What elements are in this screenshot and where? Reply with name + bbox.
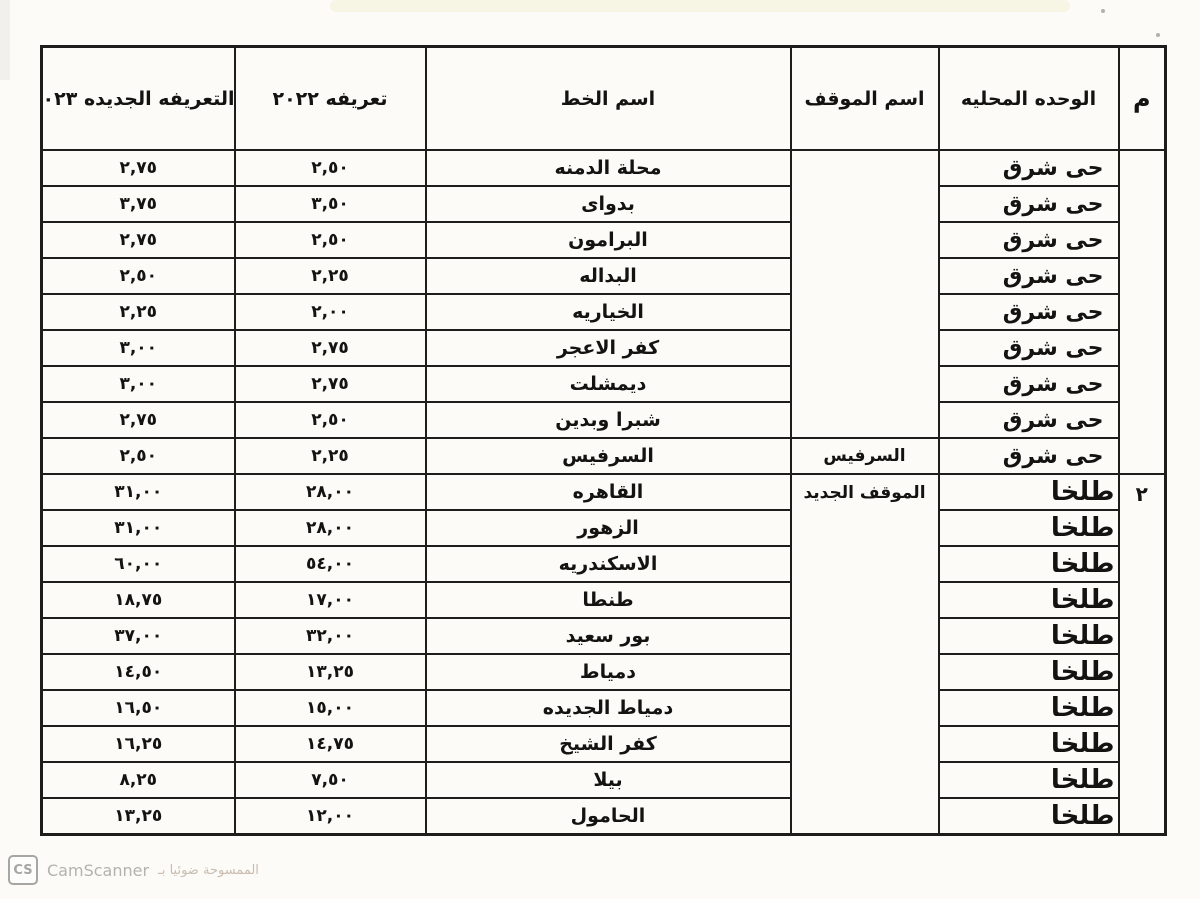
tariff-2023-cell: ٢,٥٠	[42, 438, 235, 474]
tariff-2023-cell: ٣,٠٠	[42, 330, 235, 366]
tariff-2023-cell: ١٤,٥٠	[42, 654, 235, 690]
table-row: ٢ طلخا الموقف الجديد القاهره ٢٨,٠٠ ٣١,٠٠	[42, 474, 1166, 510]
unit-cell: حى شرق	[939, 186, 1119, 222]
tariff-2022-cell: ٢,٠٠	[235, 294, 426, 330]
table-row: طلخا كفر الشيخ ١٤,٧٥ ١٦,٢٥	[42, 726, 1166, 762]
tariff-2022-cell: ٢,٧٥	[235, 366, 426, 402]
line-name-cell: دمياط الجديده	[426, 690, 791, 726]
stop-group-2: الموقف الجديد	[791, 474, 939, 834]
tariff-2023-cell: ٢,٥٠	[42, 258, 235, 294]
tariff-2022-cell: ٢,٧٥	[235, 330, 426, 366]
table-row: حى شرق كفر الاعجر ٢,٧٥ ٣,٠٠	[42, 330, 1166, 366]
tariff-2023-cell: ١٣,٢٥	[42, 798, 235, 834]
table-row: طلخا دمياط ١٣,٢٥ ١٤,٥٠	[42, 654, 1166, 690]
camscanner-arabic-label: الممسوحة ضوئيا بـ	[158, 863, 259, 878]
unit-cell: طلخا	[939, 510, 1119, 546]
tariff-2022-cell: ٣٢,٠٠	[235, 618, 426, 654]
unit-cell: طلخا	[939, 798, 1119, 834]
line-name-cell: شبرا وبدين	[426, 402, 791, 438]
header-stop-name: اسم الموقف	[791, 47, 939, 151]
header-row: م الوحده المحليه اسم الموقف اسم الخط تعر…	[42, 47, 1166, 151]
unit-cell: طلخا	[939, 726, 1119, 762]
tariff-2023-cell: ٢,٧٥	[42, 222, 235, 258]
tariff-2022-cell: ٢٨,٠٠	[235, 510, 426, 546]
camscanner-watermark: CS CamScanner الممسوحة ضوئيا بـ	[8, 855, 259, 885]
line-name-cell: القاهره	[426, 474, 791, 510]
line-name-cell: الاسكندريه	[426, 546, 791, 582]
table-row: حى شرق ديمشلت ٢,٧٥ ٣,٠٠	[42, 366, 1166, 402]
line-name-cell: دمياط	[426, 654, 791, 690]
line-name-cell: الزهور	[426, 510, 791, 546]
unit-cell: طلخا	[939, 690, 1119, 726]
header-tariff-2022: تعريفه ٢٠٢٢	[235, 47, 426, 151]
table-row: حى شرق محلة الدمنه ٢,٥٠ ٢,٧٥	[42, 150, 1166, 186]
tariff-2022-cell: ١٤,٧٥	[235, 726, 426, 762]
header-line-name: اسم الخط	[426, 47, 791, 151]
tariff-2023-cell: ٢,٢٥	[42, 294, 235, 330]
unit-cell: حى شرق	[939, 402, 1119, 438]
unit-cell: طلخا	[939, 762, 1119, 798]
tariff-2023-cell: ٣,٧٥	[42, 186, 235, 222]
line-name-cell: بدواى	[426, 186, 791, 222]
table-row: طلخا طنطا ١٧,٠٠ ١٨,٧٥	[42, 582, 1166, 618]
unit-cell: طلخا	[939, 474, 1119, 510]
unit-cell: حى شرق	[939, 330, 1119, 366]
unit-cell: حى شرق	[939, 222, 1119, 258]
line-name-cell: محلة الدمنه	[426, 150, 791, 186]
scan-artifact-left-edge	[0, 0, 10, 80]
tariff-2022-cell: ٢,٥٠	[235, 150, 426, 186]
line-name-cell: كفر الاعجر	[426, 330, 791, 366]
tariff-2023-cell: ٣٧,٠٠	[42, 618, 235, 654]
table-row: طلخا الاسكندريه ٥٤,٠٠ ٦٠,٠٠	[42, 546, 1166, 582]
line-name-cell: البرامون	[426, 222, 791, 258]
tariff-2023-cell: ٣١,٠٠	[42, 510, 235, 546]
table-row: طلخا الحامول ١٢,٠٠ ١٣,٢٥	[42, 798, 1166, 834]
line-name-cell: ديمشلت	[426, 366, 791, 402]
table-row: طلخا بور سعيد ٣٢,٠٠ ٣٧,٠٠	[42, 618, 1166, 654]
tariff-2023-cell: ١٨,٧٥	[42, 582, 235, 618]
table-row: حى شرق بدواى ٣,٥٠ ٣,٧٥	[42, 186, 1166, 222]
unit-cell: حى شرق	[939, 258, 1119, 294]
serial-group-2: ٢	[1119, 474, 1166, 834]
line-name-cell: الحامول	[426, 798, 791, 834]
unit-cell: طلخا	[939, 654, 1119, 690]
line-name-cell: كفر الشيخ	[426, 726, 791, 762]
tariff-2022-cell: ١٣,٢٥	[235, 654, 426, 690]
line-name-cell: البداله	[426, 258, 791, 294]
camscanner-logo-icon: CS	[8, 855, 38, 885]
tariff-2022-cell: ٢,٢٥	[235, 258, 426, 294]
line-name-cell: الخياريه	[426, 294, 791, 330]
line-name-cell: السرفيس	[426, 438, 791, 474]
table-row: حى شرق البرامون ٢,٥٠ ٢,٧٥	[42, 222, 1166, 258]
camscanner-brand-text: CamScanner	[47, 861, 149, 880]
tariff-2023-cell: ٢,٧٥	[42, 150, 235, 186]
table-row: طلخا بيلا ٧,٥٠ ٨,٢٥	[42, 762, 1166, 798]
table-row: طلخا الزهور ٢٨,٠٠ ٣١,٠٠	[42, 510, 1166, 546]
tariff-2022-cell: ١٧,٠٠	[235, 582, 426, 618]
tariff-2022-cell: ٢٨,٠٠	[235, 474, 426, 510]
tariff-2023-cell: ١٦,٥٠	[42, 690, 235, 726]
unit-cell: طلخا	[939, 546, 1119, 582]
serial-group-1	[1119, 150, 1166, 474]
line-name-cell: بيلا	[426, 762, 791, 798]
tariff-2022-cell: ١٥,٠٠	[235, 690, 426, 726]
stop-group-1	[791, 150, 939, 438]
stop-cell-serfis: السرفيس	[791, 438, 939, 474]
unit-cell: حى شرق	[939, 366, 1119, 402]
tariff-2023-cell: ٢,٧٥	[42, 402, 235, 438]
tariff-2022-cell: ١٢,٠٠	[235, 798, 426, 834]
header-serial: م	[1119, 47, 1166, 151]
scan-artifact-speck	[1156, 33, 1160, 37]
line-name-cell: بور سعيد	[426, 618, 791, 654]
table-row: حى شرق شبرا وبدين ٢,٥٠ ٢,٧٥	[42, 402, 1166, 438]
table-row: حى شرق البداله ٢,٢٥ ٢,٥٠	[42, 258, 1166, 294]
unit-cell: حى شرق	[939, 294, 1119, 330]
header-tariff-2023: التعريفه الجديده ٢٠٢٣	[42, 47, 235, 151]
tariff-2022-cell: ٢,٥٠	[235, 222, 426, 258]
line-name-cell: طنطا	[426, 582, 791, 618]
unit-cell: حى شرق	[939, 150, 1119, 186]
table-row: حى شرق الخياريه ٢,٠٠ ٢,٢٥	[42, 294, 1166, 330]
tariff-2023-cell: ٨,٢٥	[42, 762, 235, 798]
tariff-2023-cell: ١٦,٢٥	[42, 726, 235, 762]
tariff-2022-cell: ٣,٥٠	[235, 186, 426, 222]
tariff-2023-cell: ٣١,٠٠	[42, 474, 235, 510]
fare-tariff-table: م الوحده المحليه اسم الموقف اسم الخط تعر…	[40, 45, 1167, 836]
scan-artifact-top-tint	[330, 0, 1070, 12]
unit-cell: حى شرق	[939, 438, 1119, 474]
unit-cell: طلخا	[939, 582, 1119, 618]
tariff-2022-cell: ٥٤,٠٠	[235, 546, 426, 582]
scan-artifact-speck	[1101, 9, 1105, 13]
tariff-2022-cell: ٧,٥٠	[235, 762, 426, 798]
unit-cell: طلخا	[939, 618, 1119, 654]
table-row: حى شرق السرفيس السرفيس ٢,٢٥ ٢,٥٠	[42, 438, 1166, 474]
header-local-unit: الوحده المحليه	[939, 47, 1119, 151]
tariff-2022-cell: ٢,٢٥	[235, 438, 426, 474]
tariff-2023-cell: ٦٠,٠٠	[42, 546, 235, 582]
tariff-2022-cell: ٢,٥٠	[235, 402, 426, 438]
tariff-2023-cell: ٣,٠٠	[42, 366, 235, 402]
table-row: طلخا دمياط الجديده ١٥,٠٠ ١٦,٥٠	[42, 690, 1166, 726]
